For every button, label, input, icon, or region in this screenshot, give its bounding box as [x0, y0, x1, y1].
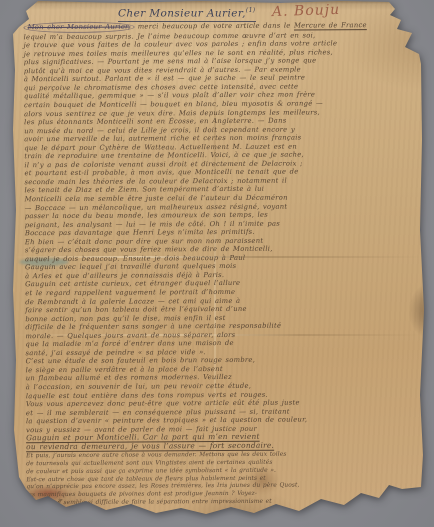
- header-title-text: Cher Monsieur Aurier,: [118, 8, 246, 20]
- letter-body: Mon cher Monsieur Aurier, merci beaucoup…: [24, 20, 422, 508]
- postscript-line: vous, il me semble si difficile de faire…: [26, 498, 421, 508]
- opening-text: merci beaucoup de votre article dans le: [134, 22, 294, 31]
- letter-postscript-lines: Et puis, j’aurais encore autre chose à v…: [26, 451, 421, 508]
- scanned-letter-background: ζ Cher Monsieur Aurier,(1) A. Bouju Mon …: [0, 0, 434, 527]
- letter-header: Cher Monsieur Aurier,(1) A. Bouju: [0, 4, 434, 22]
- letter-paper: ζ Cher Monsieur Aurier,(1) A. Bouju Mon …: [0, 0, 434, 527]
- opening-underlined-text: Mercure de France: [294, 21, 367, 29]
- letter-body-lines: lequel m’a beaucoup surpris. Je l’aime b…: [24, 30, 422, 451]
- crossed-out-salutation: Mon cher Monsieur Aurier,: [24, 22, 135, 33]
- red-ink-inscription: A. Bouju: [271, 3, 340, 19]
- paper-shadow-wrap: ζ Cher Monsieur Aurier,(1) A. Bouju Mon …: [0, 0, 434, 527]
- header-title: Cher Monsieur Aurier,(1): [118, 4, 256, 22]
- letter-line: ou reviendra demeurera, je vous l’assure…: [26, 441, 421, 452]
- header-note-number: (1): [246, 7, 256, 14]
